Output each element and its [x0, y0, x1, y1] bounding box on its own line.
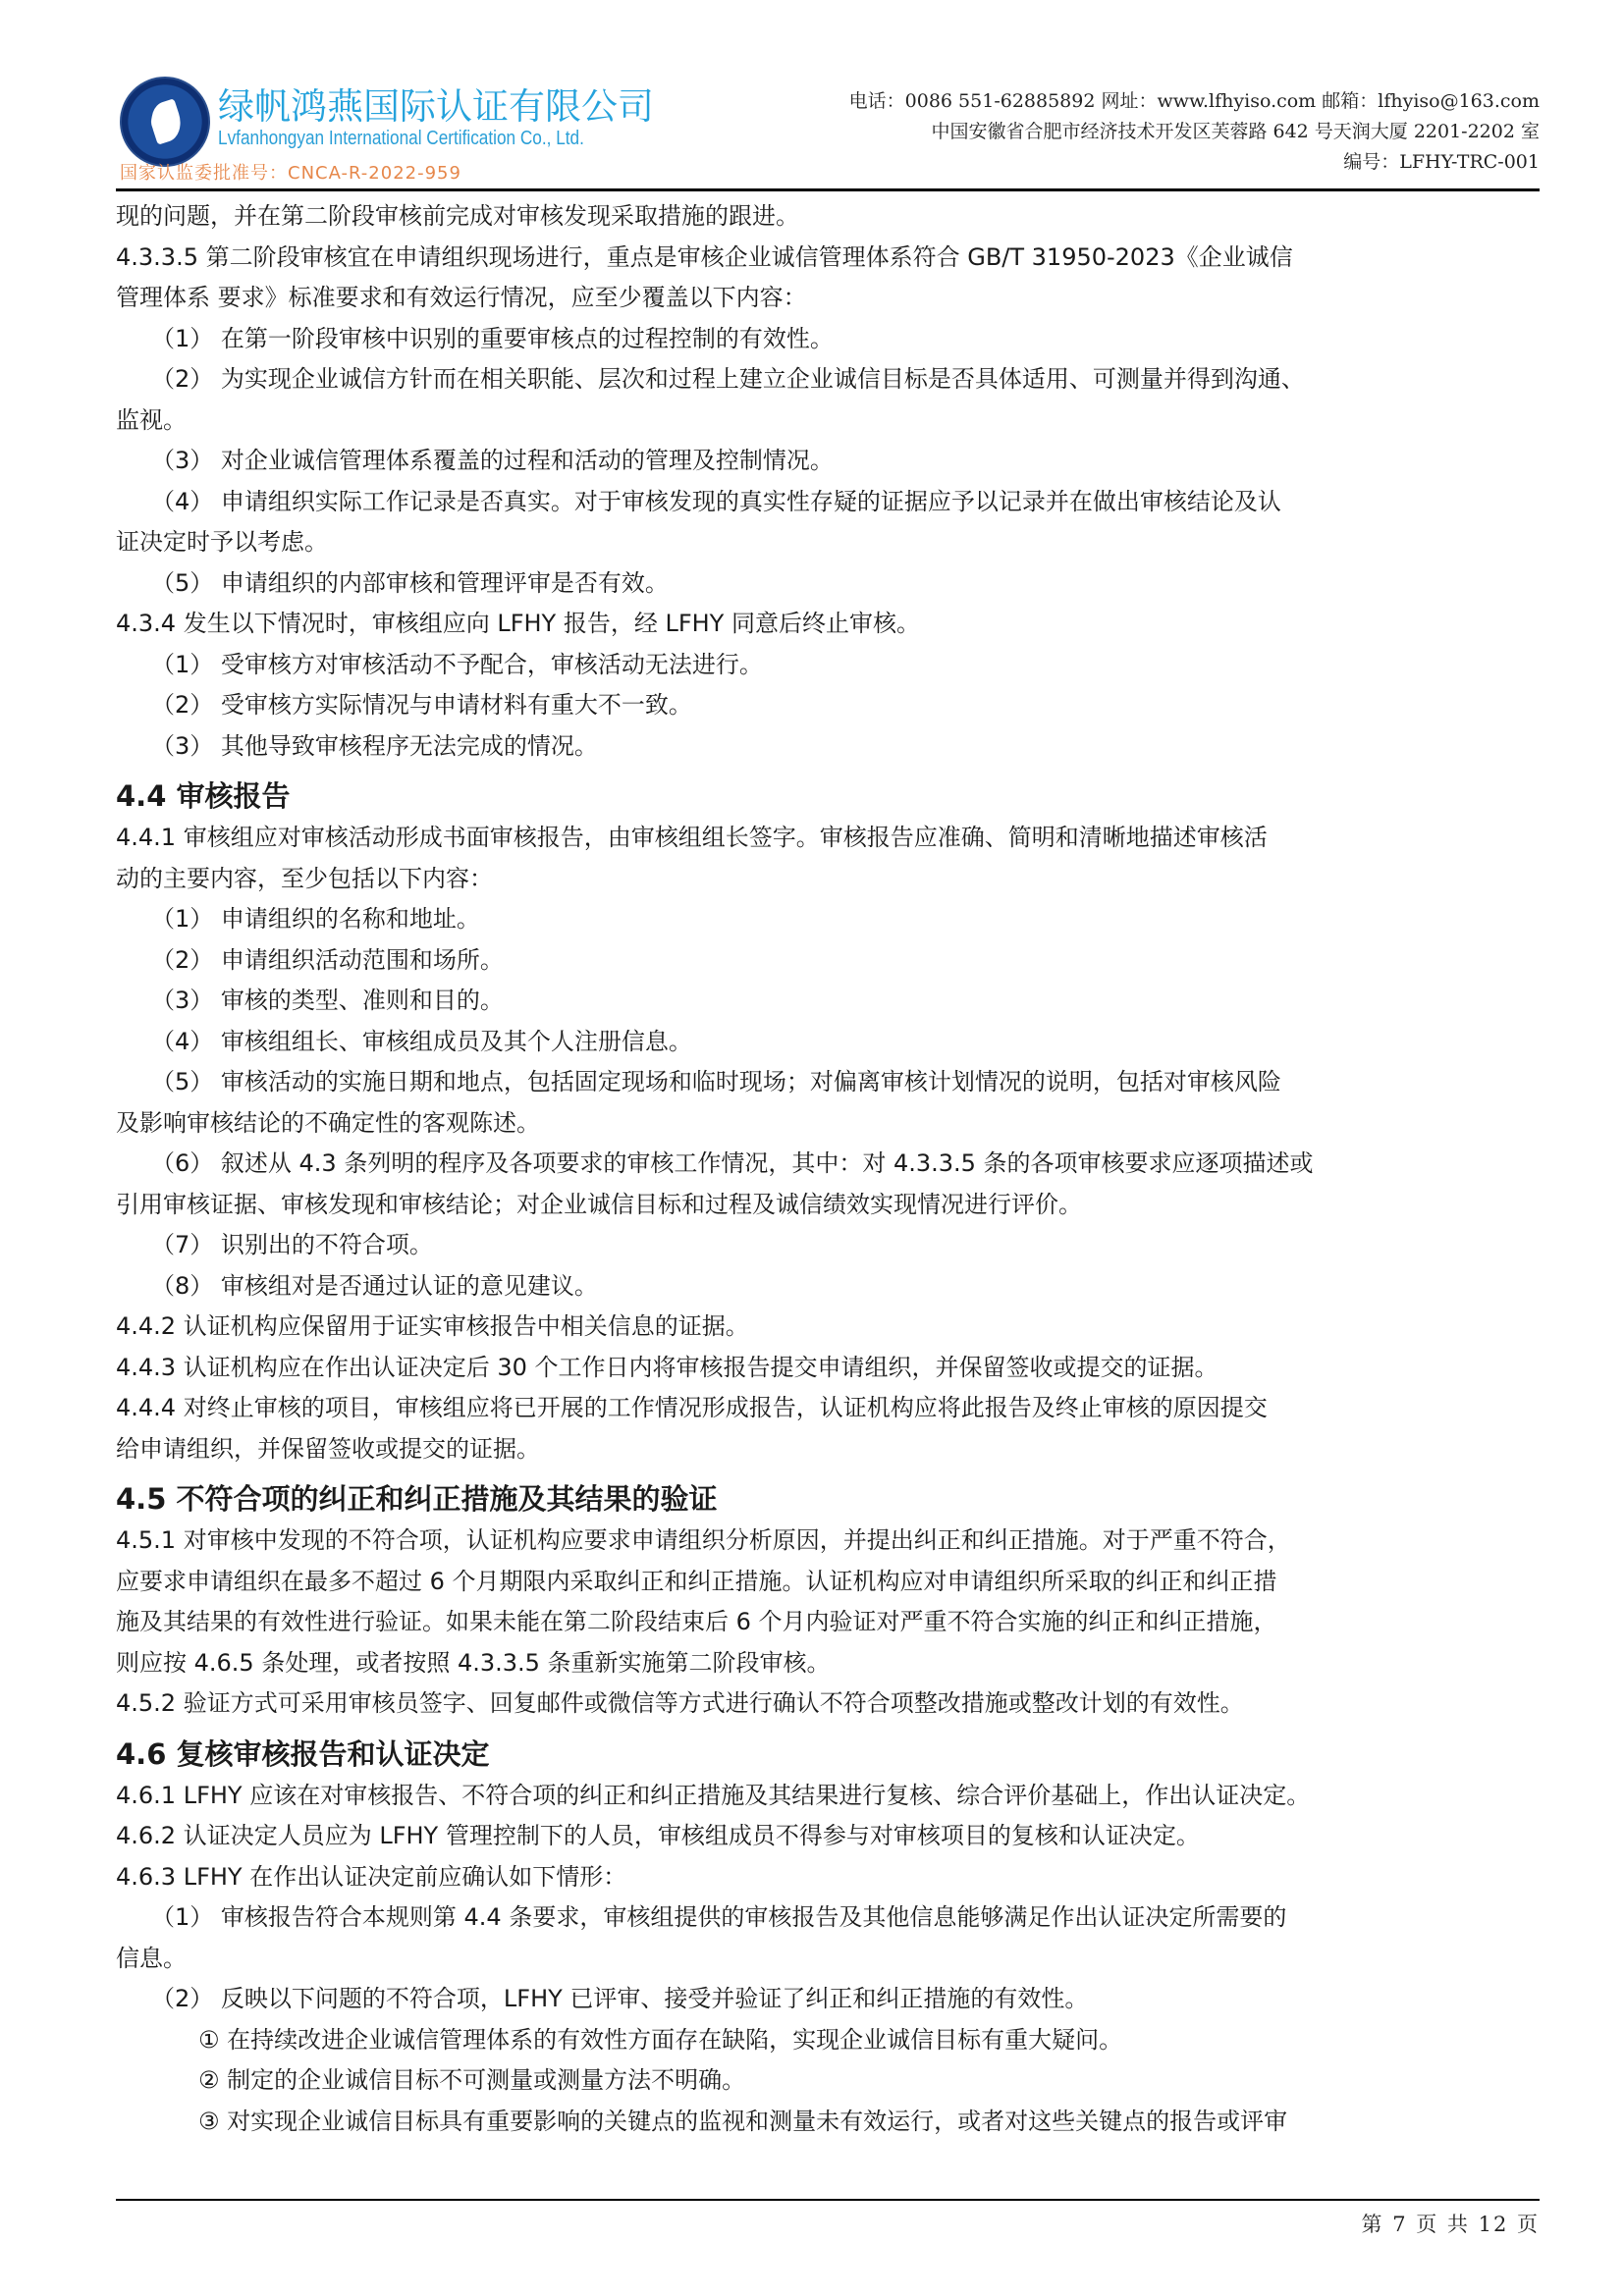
body-text-line: 动的主要内容，至少包括以下内容： — [116, 859, 1540, 900]
page-indicator: 第 7 页 共 12 页 — [1362, 2209, 1540, 2238]
body-text-line: 4.6.2 认证决定人员应为 LFHY 管理控制下的人员，审核组成员不得参与对审… — [116, 1816, 1540, 1857]
company-name-en: Lvfanhongyan International Certification… — [218, 128, 584, 150]
body-text-line: ③ 对实现企业诚信目标具有重要影响的关键点的监视和测量未有效运行，或者对这些关键… — [116, 2102, 1540, 2143]
section-heading: 4.4 审核报告 — [116, 776, 1540, 816]
page-header: 绿帆鸿燕国际认证有限公司 Lvfanhongyan International … — [116, 69, 1540, 185]
body-text-line: 4.6.1 LFHY 应该在对审核报告、不符合项的纠正和纠正措施及其结果进行复核… — [116, 1776, 1540, 1817]
body-text-line: 则应按 4.6.5 条处理，或者按照 4.3.3.5 条重新实施第二阶段审核。 — [116, 1643, 1540, 1684]
body-text-line: （3） 对企业诚信管理体系覆盖的过程和活动的管理及控制情况。 — [116, 441, 1540, 482]
body-text-line: （1） 在第一阶段审核中识别的重要审核点的过程控制的有效性。 — [116, 319, 1540, 360]
document-number: 编号：LFHY-TRC-001 — [849, 147, 1540, 178]
body-text-line: （5） 审核活动的实施日期和地点，包括固定现场和临时现场；对偏离审核计划情况的说… — [116, 1062, 1540, 1103]
footer-divider — [116, 2199, 1540, 2201]
body-text-line: （2） 申请组织活动范围和场所。 — [116, 940, 1540, 982]
document-body: 现的问题，并在第二阶段审核前完成对审核发现采取措施的跟进。4.3.3.5 第二阶… — [116, 196, 1540, 2142]
approval-number: 国家认监委批准号：CNCA-R-2022-959 — [120, 159, 461, 185]
body-text-line: （4） 审核组组长、审核组成员及其个人注册信息。 — [116, 1022, 1540, 1063]
body-text-line: 4.3.3.5 第二阶段审核宜在申请组织现场进行，重点是审核企业诚信管理体系符合… — [116, 238, 1540, 279]
body-text-line: （2） 受审核方实际情况与申请材料有重大不一致。 — [116, 685, 1540, 726]
body-text-line: 4.5.2 验证方式可采用审核员签字、回复邮件或微信等方式进行确认不符合项整改措… — [116, 1683, 1540, 1725]
body-text-line: 4.5.1 对审核中发现的不符合项，认证机构应要求申请组织分析原因，并提出纠正和… — [116, 1521, 1540, 1562]
body-text-line: 4.4.2 认证机构应保留用于证实审核报告中相关信息的证据。 — [116, 1307, 1540, 1348]
body-text-line: 4.4.1 审核组应对审核活动形成书面审核报告，由审核组组长签字。审核报告应准确… — [116, 818, 1540, 859]
body-text-line: （5） 申请组织的内部审核和管理评审是否有效。 — [116, 563, 1540, 605]
company-seal-logo-icon — [120, 77, 210, 167]
company-logo-block: 绿帆鸿燕国际认证有限公司 Lvfanhongyan International … — [116, 69, 666, 185]
body-text-line: 监视。 — [116, 400, 1540, 442]
body-text-line: （8） 审核组对是否通过认证的意见建议。 — [116, 1266, 1540, 1308]
company-name-cn: 绿帆鸿燕国际认证有限公司 — [218, 77, 654, 130]
body-text-line: 施及其结果的有效性进行验证。如果未能在第二阶段结束后 6 个月内验证对严重不符合… — [116, 1602, 1540, 1643]
body-text-line: （1） 受审核方对审核活动不予配合，审核活动无法进行。 — [116, 645, 1540, 686]
body-text-line: （2） 反映以下问题的不符合项，LFHY 已评审、接受并验证了纠正和纠正措施的有… — [116, 1979, 1540, 2020]
body-text-line: 4.3.4 发生以下情况时，审核组应向 LFHY 报告，经 LFHY 同意后终止… — [116, 604, 1540, 645]
body-text-line: 4.4.3 认证机构应在作出认证决定后 30 个工作日内将审核报告提交申请组织，… — [116, 1348, 1540, 1389]
section-heading: 4.6 复核审核报告和认证决定 — [116, 1735, 1540, 1774]
body-text-line: 信息。 — [116, 1939, 1540, 1980]
body-text-line: （1） 审核报告符合本规则第 4.4 条要求，审核组提供的审核报告及其他信息能够… — [116, 1897, 1540, 1939]
body-text-line: 应要求申请组织在最多不超过 6 个月期限内采取纠正和纠正措施。认证机构应对申请组… — [116, 1562, 1540, 1603]
body-text-line: （7） 识别出的不符合项。 — [116, 1225, 1540, 1266]
section-heading: 4.5 不符合项的纠正和纠正措施及其结果的验证 — [116, 1479, 1540, 1519]
body-text-line: 及影响审核结论的不确定性的客观陈述。 — [116, 1103, 1540, 1145]
body-text-line: （3） 其他导致审核程序无法完成的情况。 — [116, 726, 1540, 768]
body-text-line: ① 在持续改进企业诚信管理体系的有效性方面存在缺陷，实现企业诚信目标有重大疑问。 — [116, 2020, 1540, 2061]
body-text-line: （3） 审核的类型、准则和目的。 — [116, 981, 1540, 1022]
contact-info: 电话：0086 551-62885892 网址：www.lfhyiso.com … — [849, 86, 1540, 178]
body-text-line: 引用审核证据、审核发现和审核结论；对企业诚信目标和过程及诚信绩效实现情况进行评价… — [116, 1185, 1540, 1226]
body-text-line: 证决定时予以考虑。 — [116, 522, 1540, 563]
body-text-line: 管理体系 要求》标准要求和有效运行情况，应至少覆盖以下内容： — [116, 278, 1540, 319]
body-text-line: （6） 叙述从 4.3 条列明的程序及各项要求的审核工作情况，其中：对 4.3.… — [116, 1144, 1540, 1185]
body-text-line: 4.4.4 对终止审核的项目，审核组应将已开展的工作情况形成报告，认证机构应将此… — [116, 1388, 1540, 1429]
body-text-line: ② 制定的企业诚信目标不可测量或测量方法不明确。 — [116, 2060, 1540, 2102]
body-text-line: （4） 申请组织实际工作记录是否真实。对于审核发现的真实性存疑的证据应予以记录并… — [116, 482, 1540, 523]
contact-line: 电话：0086 551-62885892 网址：www.lfhyiso.com … — [849, 86, 1540, 117]
body-text-line: 现的问题，并在第二阶段审核前完成对审核发现采取措施的跟进。 — [116, 196, 1540, 238]
address-line: 中国安徽省合肥市经济技术开发区芙蓉路 642 号天润大厦 2201-2202 室 — [849, 117, 1540, 147]
body-text-line: （2） 为实现企业诚信方针而在相关职能、层次和过程上建立企业诚信目标是否具体适用… — [116, 359, 1540, 400]
body-text-line: 4.6.3 LFHY 在作出认证决定前应确认如下情形： — [116, 1857, 1540, 1898]
body-text-line: 给申请组织，并保留签收或提交的证据。 — [116, 1429, 1540, 1470]
header-divider — [116, 188, 1540, 191]
body-text-line: （1） 申请组织的名称和地址。 — [116, 899, 1540, 940]
